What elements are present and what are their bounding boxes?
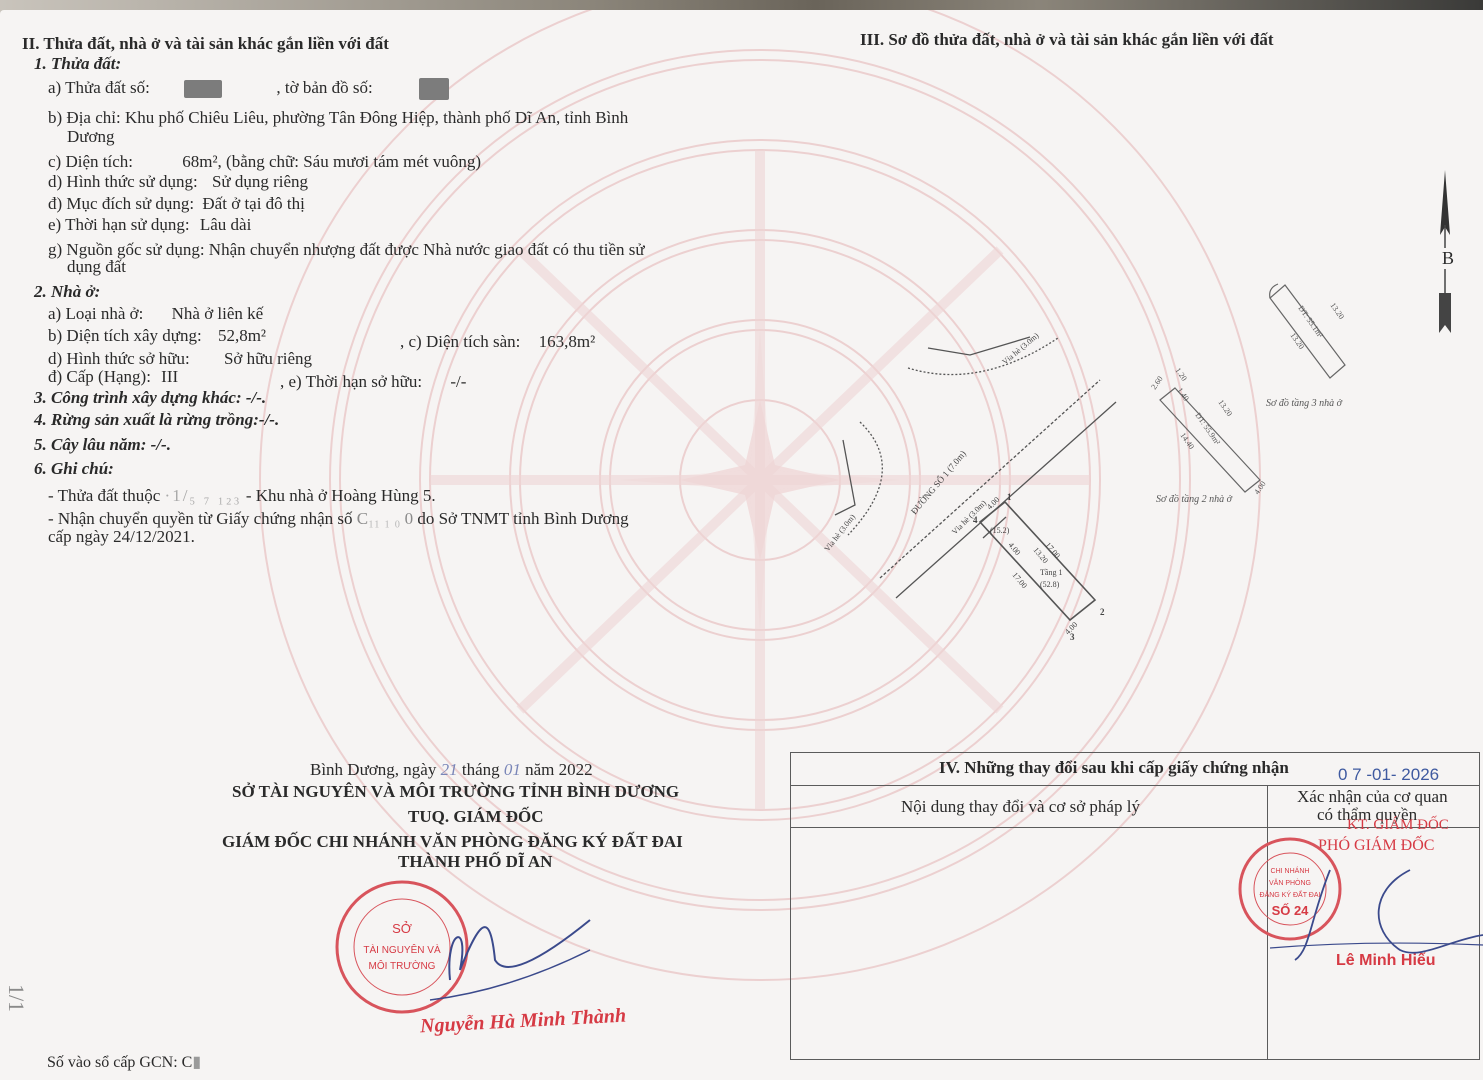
issue-year: năm 2022 xyxy=(525,760,593,779)
seal-line-1: SỞ xyxy=(392,921,412,936)
origin-value: Nhận chuyển nhượng đất được Nhà nước gia… xyxy=(209,240,645,259)
note-1: - Thửa đất thuộc ·1/₅ ₇ ₁₂₃ - Khu nhà ở … xyxy=(48,486,436,506)
note-1-suffix: - Khu nhà ở Hoàng Hùng 5. xyxy=(246,486,436,505)
issuing-org: SỞ TÀI NGUYÊN VÀ MÔI TRƯỜNG TỈNH BÌNH DƯ… xyxy=(232,782,679,802)
plot-number-redacted xyxy=(184,80,222,98)
floor3-area: DT: 55.1m² xyxy=(1296,304,1325,340)
floor1-area: (52.8) xyxy=(1040,580,1060,589)
seal-line-2: TÀI NGUYÊN VÀ xyxy=(363,943,441,956)
signer-name: Nguyễn Hà Minh Thành xyxy=(420,1005,627,1039)
deputy-director: PHÓ GIÁM ĐỐC xyxy=(1318,837,1434,855)
north-label: B xyxy=(1441,248,1455,269)
section-4-title: IV. Những thay đổi sau khi cấp giấy chứn… xyxy=(939,758,1289,778)
house-type-label: a) Loại nhà ở: xyxy=(48,304,143,323)
notes-heading: 6. Ghi chú: xyxy=(34,459,114,479)
purpose-label: đ) Mục đích sử dụng: xyxy=(48,194,194,213)
sidewalk-label-left: Vỉa hè (3.0m) xyxy=(822,512,857,553)
point-4: 4 xyxy=(973,515,978,525)
grade-value: III xyxy=(161,367,178,386)
area-value: 68m², (bằng chữ: Sáu mươi tám mét vuông) xyxy=(182,152,481,171)
point-1: 1 xyxy=(1007,492,1012,502)
role-line-2: THÀNH PHỐ DĨ AN xyxy=(398,852,552,872)
note-1-redacted: ·1/₅ ₇ ₁₂₃ xyxy=(165,486,242,505)
note-1-prefix: - Thửa đất thuộc xyxy=(48,486,160,505)
term-label: e) Thời hạn sử dụng: xyxy=(48,215,190,234)
note-2-cont: cấp ngày 24/12/2021. xyxy=(48,527,195,547)
ownership-row: d) Hình thức sở hữu: Sở hữu riêng xyxy=(48,349,312,369)
ownership-value: Sở hữu riêng xyxy=(224,349,312,368)
page-edge-mark: 1/1 xyxy=(3,984,29,1012)
section-3-title: III. Sơ đồ thửa đất, nhà ở và tài sản kh… xyxy=(860,30,1274,50)
use-form-label: d) Hình thức sử dụng: xyxy=(48,172,198,191)
map-sheet-label: , tờ bản đồ số: xyxy=(276,78,372,97)
point-2: 2 xyxy=(1100,607,1105,617)
tuq-label: TUQ. GIÁM ĐỐC xyxy=(408,807,544,827)
column-divider xyxy=(1267,785,1268,1059)
floor2-dim-b: 1.20 xyxy=(1173,366,1188,383)
house-type-row: a) Loại nhà ở: Nhà ở liên kế xyxy=(48,304,263,324)
note-2-prefix: - Nhận chuyển quyền từ Giấy chứng nhận s… xyxy=(48,509,353,528)
place-date-label: Bình Dương, ngày xyxy=(310,760,436,779)
front-area: (15.2) xyxy=(990,526,1010,535)
registry-number: Số vào sổ cấp GCN: C▮ xyxy=(47,1052,201,1072)
certificate-page: II. Thửa đất, nhà ở và tài sản khác gắn … xyxy=(0,10,1483,1080)
purpose-row: đ) Mục đích sử dụng: Đất ở tại đô thị xyxy=(48,194,305,214)
origin-cont: dụng đất xyxy=(67,257,126,277)
floor3-dim-side: 13.20 xyxy=(1288,331,1306,351)
purpose-value: Đất ở tại đô thị xyxy=(202,194,304,213)
col-content-header: Nội dung thay đổi và cơ sở pháp lý xyxy=(901,797,1140,817)
floor2-caption: Sơ đồ tầng 2 nhà ở xyxy=(1156,494,1232,505)
use-form-value: Sử dụng riêng xyxy=(212,172,308,191)
perennial: 5. Cây lâu năm: -/-. xyxy=(34,435,171,455)
sidewalk-label-road: Vỉa hè (3.0m) xyxy=(950,498,988,536)
term-value: Lâu dài xyxy=(200,215,251,234)
floor3-caption: Sơ đồ tầng 3 nhà ở xyxy=(1266,398,1342,409)
seal-line-3: MÔI TRƯỜNG xyxy=(369,959,436,972)
grade-row: đ) Cấp (Hạng): III xyxy=(48,367,178,387)
issue-date-line: Bình Dương, ngày 21 tháng 01 năm 2022 xyxy=(310,760,593,780)
house-type-value: Nhà ở liên kế xyxy=(172,304,264,323)
col-confirm-header-1: Xác nhận của cơ quan xyxy=(1297,787,1448,807)
origin-row: g) Nguồn gốc sử dụng: Nhận chuyển nhượng… xyxy=(48,240,645,260)
floor1-label: Tầng 1 xyxy=(1040,568,1062,577)
area-row: c) Diện tích: 68m², (bằng chữ: Sáu mươi … xyxy=(48,152,481,172)
use-form-row: d) Hình thức sử dụng: Sử dụng riêng xyxy=(48,172,308,192)
forest: 4. Rừng sản xuất là rừng trồng:-/-. xyxy=(34,410,279,430)
floor2-dim-c: 1.40 xyxy=(1175,386,1190,403)
plot-number-label: a) Thửa đất số: xyxy=(48,78,150,97)
month-label: tháng xyxy=(462,760,500,779)
issue-month: 01 xyxy=(504,760,521,779)
address-row: b) Địa chỉ: Khu phố Chiêu Liêu, phường T… xyxy=(48,108,628,128)
section-2-title: II. Thửa đất, nhà ở và tài sản khác gắn … xyxy=(22,34,389,54)
floor2-dim-a: 2.60 xyxy=(1150,375,1165,392)
build-area-label: b) Diện tích xây dựng: xyxy=(48,326,202,345)
kt-director: KT. GIÁM ĐỐC xyxy=(1347,817,1449,834)
address-value: Khu phố Chiêu Liêu, phường Tân Đông Hiệp… xyxy=(125,108,628,127)
plot-number-row: a) Thửa đất số: , tờ bản đồ số: xyxy=(48,78,449,100)
note-2-redacted: C₁₁ ₁ ₀ 0 xyxy=(357,509,413,528)
build-area-row: b) Diện tích xây dựng: 52,8m² xyxy=(48,326,266,346)
floor1-dim-bottom: 4.00 xyxy=(1063,620,1079,636)
sidewalk-label-top: Vỉa hè (3.0m) xyxy=(1001,331,1041,367)
map-sheet-redacted xyxy=(419,78,449,100)
note-2: - Nhận chuyển quyền từ Giấy chứng nhận s… xyxy=(48,509,629,529)
other-works: 3. Công trình xây dựng khác: -/-. xyxy=(34,388,266,408)
upper-floor-diagrams: 13.20 DT: 55.1m² 13.20 4.00 2.60 1.20 1.… xyxy=(1150,270,1350,510)
build-area-value: 52,8m² xyxy=(218,326,266,345)
address-cont: Dương xyxy=(67,127,114,147)
floor1-dim-front: 4.00 xyxy=(985,495,1001,511)
land-heading: 1. Thửa đất: xyxy=(34,54,121,74)
stamp-date: 0 7 -01- 2026 xyxy=(1338,765,1439,785)
grade-label: đ) Cấp (Hạng): xyxy=(48,367,151,386)
registry-label: Số vào sổ cấp GCN: xyxy=(47,1054,178,1071)
ownership-label: d) Hình thức sở hữu: xyxy=(48,349,190,368)
own-term-label: , e) Thời hạn sở hữu: xyxy=(280,372,422,391)
own-term-row: , e) Thời hạn sở hữu: -/- xyxy=(280,372,466,392)
own-term-value: -/- xyxy=(450,372,466,391)
house-heading: 2. Nhà ở: xyxy=(34,282,100,302)
floor-area-row: , c) Diện tích sàn: 163,8m² xyxy=(400,332,595,352)
signature-director xyxy=(390,900,610,1010)
floor3-dim-top: 13.20 xyxy=(1328,301,1346,321)
floor-area-value: 163,8m² xyxy=(539,332,596,351)
role-line-1: GIÁM ĐỐC CHI NHÁNH VĂN PHÒNG ĐĂNG KÝ ĐẤT… xyxy=(222,832,683,852)
floor2-dim-width: 4.00 xyxy=(1252,480,1267,497)
registry-value-redacted: C▮ xyxy=(182,1054,201,1071)
department-seal: SỞ TÀI NGUYÊN VÀ MÔI TRƯỜNG xyxy=(330,875,480,1025)
floor2-dim-side: 14.40 xyxy=(1178,431,1196,451)
note-2-suffix: do Sở TNMT tỉnh Bình Dương xyxy=(417,509,628,528)
changes-table-title-row: IV. Những thay đổi sau khi cấp giấy chứn… xyxy=(791,753,1479,786)
floor2-dim-top: 13.20 xyxy=(1216,398,1234,418)
floor-area-label: , c) Diện tích sàn: xyxy=(400,332,520,351)
address-label: b) Địa chỉ: xyxy=(48,108,121,127)
term-row: e) Thời hạn sử dụng: Lâu dài xyxy=(48,215,251,235)
issue-day: 21 xyxy=(441,760,458,779)
changes-table: IV. Những thay đổi sau khi cấp giấy chứn… xyxy=(790,752,1480,1060)
floor3-dim-width: 4.00 xyxy=(1348,365,1350,382)
area-label: c) Diện tích: xyxy=(48,152,133,171)
deputy-signer-name: Lê Minh Hiếu xyxy=(1336,952,1436,970)
